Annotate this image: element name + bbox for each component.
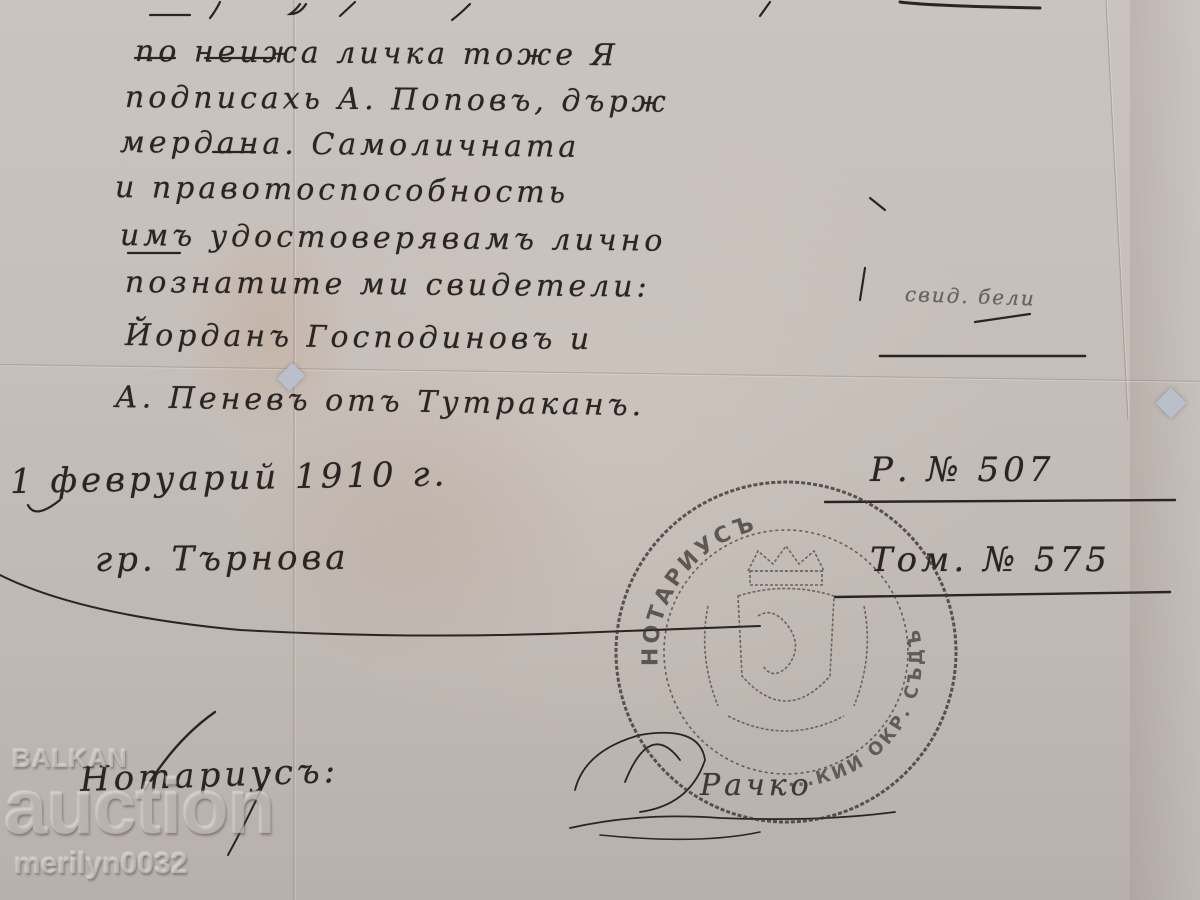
svg-text:...КИЙ ОКР. СЪДЪ: ...КИЙ ОКР. СЪДЪ	[788, 625, 927, 791]
register-number-value: 507	[977, 450, 1054, 490]
stamp-text-bottom: ...КИЙ ОКР. СЪДЪ	[788, 625, 927, 791]
handwritten-line-4: и правотоспособность	[115, 170, 569, 211]
handwritten-line-5: имъ удостоверявамъ лично	[120, 218, 667, 259]
watermark-username: merilyn0032	[14, 849, 274, 879]
document-photo: по неижа личка тоже Я подписахь А. Попов…	[0, 0, 1200, 900]
handwritten-line-7: Йорданъ Господиновъ и	[125, 318, 593, 357]
paper-right-edge	[1130, 0, 1200, 900]
volume-number-value: 575	[1034, 540, 1111, 580]
handwritten-line-3: мердана. Самоличната	[120, 125, 581, 165]
date-line: 1 февруарий 1910 г.	[10, 454, 449, 502]
handwritten-line-8: А. Пеневъ отъ Тутраканъ.	[115, 380, 646, 423]
auction-watermark: BALKAN auction merilyn0032	[4, 745, 274, 879]
watermark-brand-main: auction	[4, 767, 274, 845]
handwritten-line-2: подписахь А. Поповъ, държ	[125, 80, 670, 120]
stamp-text-top: НОТАРИУСЪ	[638, 511, 759, 666]
handwritten-line-1: по неижа личка тоже Я	[135, 34, 619, 73]
place-line: гр. Търнова	[95, 538, 350, 580]
notary-signature: Рачко	[700, 768, 813, 803]
handwritten-line-6: познатите ми свидетели:	[125, 265, 651, 305]
coat-of-arms-icon	[705, 546, 868, 731]
interlinear-note: свид. бели	[905, 282, 1037, 311]
fold-line-vertical-right	[1105, 0, 1130, 420]
svg-text:НОТАРИУСЪ: НОТАРИУСЪ	[638, 511, 759, 666]
